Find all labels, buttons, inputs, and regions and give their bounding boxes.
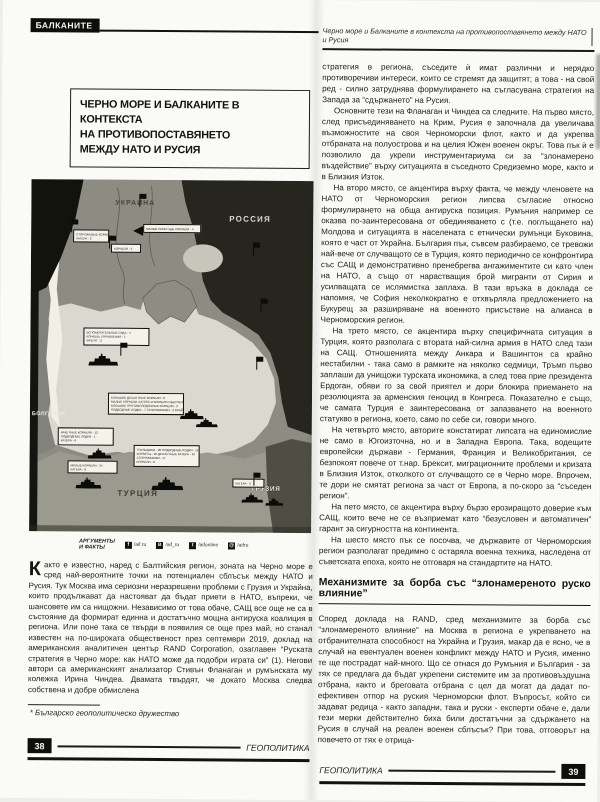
flag-icon: [71, 219, 79, 232]
map-label-ukraine: УКРАИНА: [115, 200, 155, 207]
flag-icon: [109, 236, 117, 249]
fleet-callout: МАЛЫЕ РАКЕТНЫЕ КОРАБЛИ - 4: [143, 224, 201, 234]
facebook-icon: f: [125, 541, 132, 548]
fleet-callout: БОЛЬШИЕ ДЕСАНТНЫЕ КОРАБЛИ - 8 МАЛЫЕ КОРА…: [108, 393, 184, 415]
page-number: 39: [561, 764, 585, 779]
running-title: Черно море и Балканите в контекста на пр…: [322, 26, 592, 46]
section-tag: БАЛКАНИТЕ: [31, 18, 100, 33]
flag-icon: [253, 243, 261, 256]
right-page-footer: ГЕОПОЛИТИКА 39: [319, 763, 585, 786]
scan-artifact: [596, 54, 600, 149]
fleet-callout: ВСПОМОГАТЕЛЬНЫЕ СУДА - 4 КОРАБЛЬ УПРАВЛЕ…: [83, 327, 149, 345]
paragraph: На шесто място пък се посочва, че държав…: [319, 534, 591, 569]
black-sea-map: РОССИЯ УКРАИНА БОЛГАРИЯ ТУРЦИЯ ГРУЗИЯ СТ…: [29, 179, 313, 533]
vk-icon: B: [156, 542, 163, 549]
map-label-russia: РОССИЯ: [229, 215, 271, 224]
instagram-icon: @: [228, 542, 235, 549]
title-line-3: МЕЖДУ НАТО И РУСИЯ: [80, 142, 301, 159]
paragraph: стратегия в региона, съседите ѝ имат раз…: [322, 61, 594, 107]
journal-name: ГЕОПОЛИТИКА: [246, 743, 309, 753]
social-handle: t /aifonline: [189, 542, 218, 549]
drop-cap: К: [29, 560, 44, 578]
page-right: Черно море и Балканите в контекста на пр…: [317, 0, 595, 800]
paragraph: На пето място, се акцентира върху бързо …: [319, 501, 591, 536]
social-handle: @ /aifru: [228, 542, 248, 549]
fleet-callout: РАКЕТНЫЕ КОРАБЛИ - 12 ПОДВОДНЫЕ ЛОДКИ - …: [58, 427, 114, 445]
article-title: ЧЕРНО МОРЕ И БАЛКАНИТЕ В КОНТЕКСТА НА ПР…: [70, 88, 311, 169]
running-header: Черно море и Балканите в контекста на пр…: [322, 26, 594, 52]
paragraph: На трето място, се акцентира върху специ…: [320, 325, 593, 426]
header-rule: [100, 30, 319, 34]
twitter-icon: t: [189, 542, 196, 549]
fleet-callout: МАЛЫЕ КОРАБЛИ - 34 КАТЕРА - 8: [67, 460, 117, 474]
flag-icon: [253, 473, 261, 486]
aif-logo: АРГУМЕНТЫ И ФАКТЫ: [79, 538, 115, 550]
section-header: БАЛКАНИТЕ: [31, 16, 319, 34]
flag-icon: [120, 343, 128, 356]
paragraph: Според доклада на RAND, сред механизмите…: [318, 613, 591, 747]
callout-arrow-icon: [133, 226, 143, 236]
footer-bar: [27, 758, 309, 763]
flag-icon: [139, 194, 147, 207]
page-number: 38: [28, 739, 52, 754]
title-line-1: ЧЕРНО МОРЕ И БАЛКАНИТЕ В КОНТЕКСТА: [80, 97, 301, 129]
flag-icon: [261, 299, 269, 312]
flag-icon: [256, 357, 264, 370]
footnote: * Българско геополитическо дружество: [30, 709, 314, 720]
footer-bar: [319, 782, 585, 786]
article-body: стратегия в региона, съседите ѝ имат раз…: [318, 61, 595, 747]
section-heading: Механизмите за борба със “злонамереното …: [319, 577, 591, 606]
magazine-spread: БАЛКАНИТЕ ЧЕРНО МОРЕ И БАЛКАНИТЕ В КОНТЕ…: [0, 0, 600, 800]
social-handle: B /aif_ru: [156, 542, 179, 549]
title-line-2: НА ПРОТИВОПОСТАВЯНЕТО: [80, 127, 301, 144]
left-body-paragraph: Както е известно, наред с Балтийския рег…: [28, 560, 313, 697]
footer-rule: [389, 770, 556, 772]
map-label-bulgaria: БОЛГАРИЯ: [32, 411, 66, 417]
page-left: БАЛКАНИТЕ ЧЕРНО МОРЕ И БАЛКАНИТЕ В КОНТЕ…: [25, 0, 319, 800]
fleet-callout: ТРАЛЬЩИКИ - 20 ПОДВОДНЫЕ ЛОДКИ - 14 КОРВ…: [134, 445, 200, 467]
journal-name: ГЕОПОЛИТИКА: [319, 765, 382, 775]
left-page-footer: 38 ГЕОПОЛИТИКА: [27, 739, 309, 763]
map-label-turkey: ТУРЦИЯ: [117, 489, 158, 498]
paragraph: На второ място, се акцентира върху факта…: [321, 182, 594, 327]
footer-rule: [58, 746, 241, 749]
map-credit-bar: АРГУМЕНТЫ И ФАКТЫ f /aif.ru B /aif_ru t …: [79, 536, 315, 554]
social-handle: f /aif.ru: [125, 541, 147, 548]
paragraph: На четвърто място, авторите констатират …: [319, 424, 592, 503]
footnote-rule: [28, 704, 100, 706]
paragraph: Основните тези на Фланаган и Чиндеа са с…: [322, 105, 595, 184]
